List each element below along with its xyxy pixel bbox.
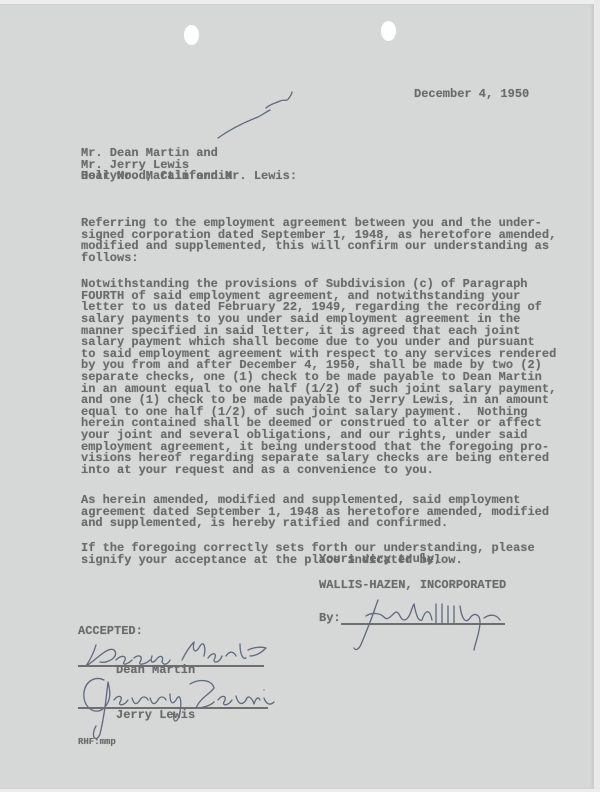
reference-initials: RHF:mmp (78, 737, 116, 749)
jerry-lewis-signature (0, 0, 600, 792)
jerry-lewis-typed-name: Jerry Lewis (116, 710, 195, 722)
